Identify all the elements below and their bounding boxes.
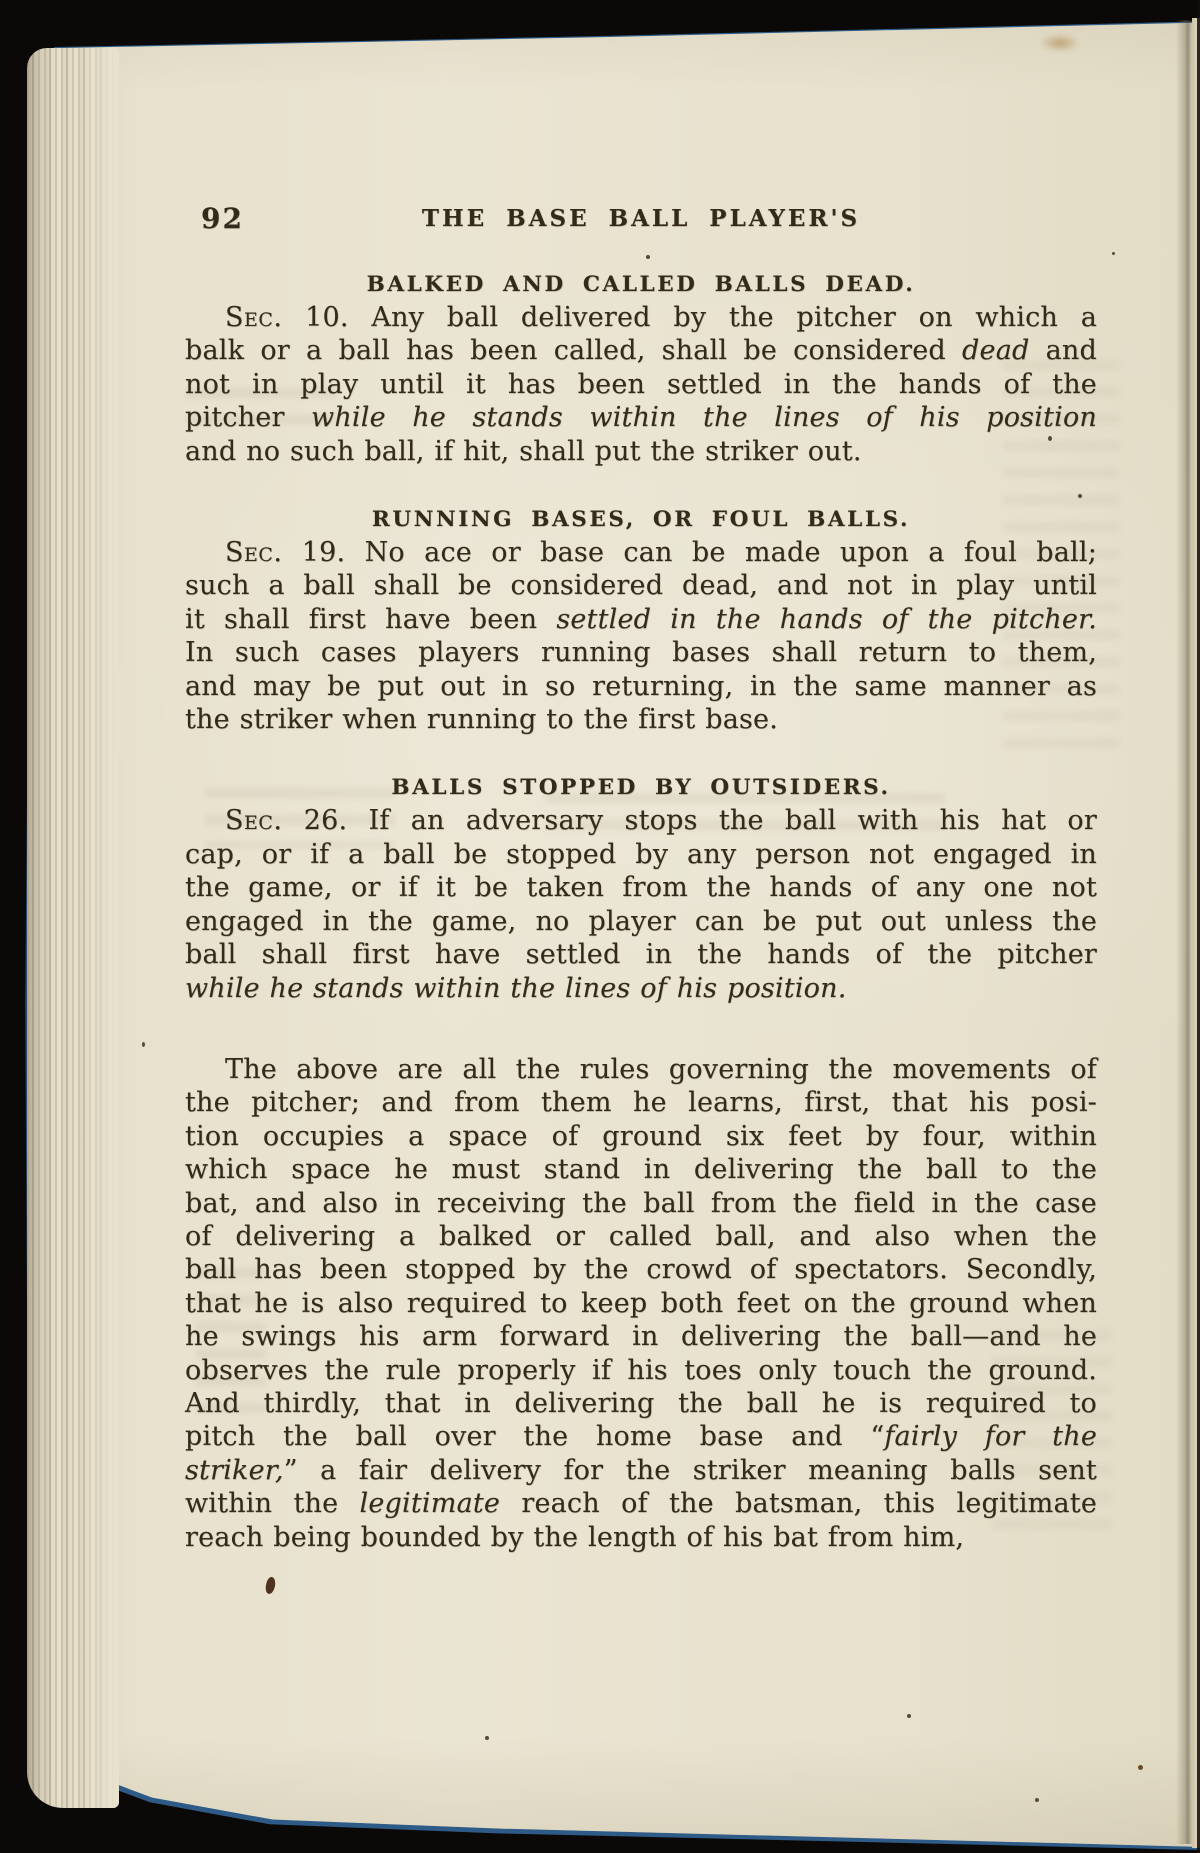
- section-heading: BALKED AND CALLED BALLS DEAD.: [185, 269, 1097, 301]
- book-fore-edge-stack: [27, 48, 119, 1808]
- text-line: which space he must stand in delivering …: [185, 1153, 1097, 1186]
- page-header: 92 THE BASE BALL PLAYER'S: [185, 204, 1097, 236]
- text-line: pitcher while he stands within the lines…: [185, 401, 1097, 434]
- text-line: reach being bounded by the length of his…: [185, 1521, 1097, 1554]
- text-line: not in play until it has been settled in…: [185, 368, 1097, 401]
- text-line: within the legitimate reach of the batsm…: [185, 1487, 1097, 1520]
- text-line: striker,” a fair delivery for the strike…: [185, 1454, 1097, 1487]
- text-line: The above are all the rules governing th…: [185, 1053, 1097, 1086]
- sections-container: BALKED AND CALLED BALLS DEAD.Sec. 10. An…: [185, 269, 1097, 1554]
- text-line: it shall first have been settled in the …: [185, 603, 1097, 636]
- paper-speck: [485, 1736, 489, 1740]
- text-line: In such cases players running bases shal…: [185, 636, 1097, 669]
- section-heading: RUNNING BASES, OR FOUL BALLS.: [185, 504, 1097, 536]
- page-number: 92: [201, 204, 244, 234]
- text-line: the pitcher; and from them he learns, fi…: [185, 1086, 1097, 1119]
- text-line: ball has been stopped by the crowd of sp…: [185, 1253, 1097, 1286]
- text-line: cap, or if a ball be stopped by any pers…: [185, 838, 1097, 871]
- paper-speck: [1112, 252, 1115, 255]
- text-line: Sec. 26. If an adversary stops the ball …: [185, 804, 1097, 837]
- paper-speck: [907, 1714, 911, 1718]
- paper-speck: [1138, 1765, 1143, 1770]
- paragraph: Sec. 10. Any ball delivered by the pitch…: [185, 301, 1097, 468]
- paper-speck: [1035, 1798, 1039, 1802]
- page-crease-shadow: [1176, 20, 1193, 1844]
- text-line: and no such ball, if hit, shall put the …: [185, 435, 1097, 468]
- text-line: the striker when running to the first ba…: [185, 703, 1097, 736]
- page-text-column: 92 THE BASE BALL PLAYER'S BALKED AND CAL…: [185, 200, 1097, 1554]
- text-line: Sec. 10. Any ball delivered by the pitch…: [185, 301, 1097, 334]
- text-line: of delivering a balked or called ball, a…: [185, 1220, 1097, 1253]
- paragraph: Sec. 26. If an adversary stops the ball …: [185, 804, 1097, 1004]
- text-line: tion occupies a space of ground six feet…: [185, 1120, 1097, 1153]
- paragraph: Sec. 19. No ace or base can be made upon…: [185, 536, 1097, 736]
- paper-speck: [142, 1042, 145, 1047]
- text-line: And thirdly, that in delivering the ball…: [185, 1387, 1097, 1420]
- text-line: pitch the ball over the home base and “f…: [185, 1420, 1097, 1453]
- section-heading: BALLS STOPPED BY OUTSIDERS.: [185, 772, 1097, 804]
- text-line: the game, or if it be taken from the han…: [185, 871, 1097, 904]
- paragraph: The above are all the rules governing th…: [185, 1053, 1097, 1554]
- text-line: balk or a ball has been called, shall be…: [185, 334, 1097, 367]
- text-line: and may be put out in so returning, in t…: [185, 670, 1097, 703]
- text-line: he swings his arm forward in delivering …: [185, 1320, 1097, 1353]
- text-line: bat, and also in receiving the ball from…: [185, 1187, 1097, 1220]
- text-line: that he is also required to keep both fe…: [185, 1287, 1097, 1320]
- text-line: observes the rule properly if his toes o…: [185, 1354, 1097, 1387]
- text-line: Sec. 19. No ace or base can be made upon…: [185, 536, 1097, 569]
- text-line: such a ball shall be considered dead, an…: [185, 569, 1097, 602]
- text-line: while he stands within the lines of his …: [185, 972, 1097, 1005]
- text-line: engaged in the game, no player can be pu…: [185, 905, 1097, 938]
- paper-stain: [1040, 34, 1080, 52]
- scanned-book-page: 92 THE BASE BALL PLAYER'S BALKED AND CAL…: [0, 0, 1200, 1853]
- running-title: THE BASE BALL PLAYER'S: [185, 204, 1097, 234]
- text-line: ball shall first have settled in the han…: [185, 938, 1097, 971]
